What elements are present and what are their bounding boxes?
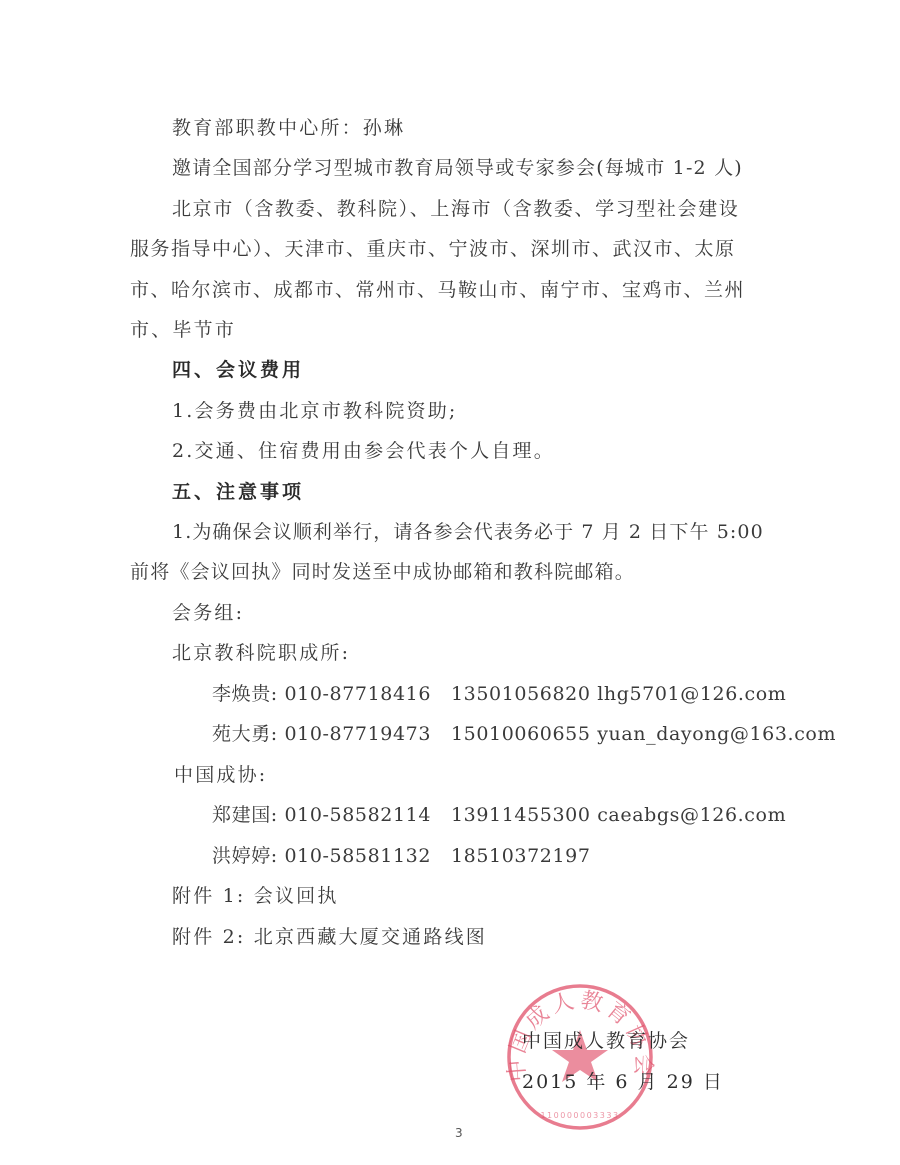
signature-org: 中国成人教育协会 xyxy=(522,1029,690,1053)
attachment-item: 附件 1: 会议回执 xyxy=(172,884,339,908)
org-label: 北京教科院职成所: xyxy=(172,641,350,665)
contact-email: yuan_dayong@163.com xyxy=(597,723,836,745)
contact-row: 郑建国: 010-58582114 13911455300 caeabgs@12… xyxy=(212,803,786,827)
list-item: 1.为确保会议顺利举行，请各参会代表务必于 7 月 2 日下午 5:00 xyxy=(172,520,764,544)
contact-mobile: 13911455300 xyxy=(451,804,591,826)
paragraph-line: 服务指导中心）、天津市、重庆市、宁波市、深圳市、武汉市、太原 xyxy=(130,237,736,261)
contact-row: 李焕贵: 010-87718416 13501056820 lhg5701@12… xyxy=(212,682,786,706)
contact-mobile: 13501056820 xyxy=(451,683,591,705)
contact-name: 郑建国: xyxy=(212,804,278,826)
official-seal-icon: 中国成人教育协会 110000003333 xyxy=(505,982,655,1132)
paragraph-line: 邀请全国部分学习型城市教育局领导或专家参会(每城市 1-2 人) xyxy=(172,156,743,180)
contact-name: 苑大勇: xyxy=(212,723,278,745)
list-item: 1.会务费由北京市教科院资助; xyxy=(172,399,458,423)
contact-phone: 010-87719473 xyxy=(284,723,431,745)
group-label: 会务组: xyxy=(172,601,244,625)
page-number: 3 xyxy=(455,1126,463,1140)
contact-row: 苑大勇: 010-87719473 15010060655 yuan_dayon… xyxy=(212,722,836,746)
signature-date: 2015 年 6 月 29 日 xyxy=(522,1070,724,1094)
paragraph-line: 前将《会议回执》同时发送至中成协邮箱和教科院邮箱。 xyxy=(130,560,635,584)
contact-phone: 010-87718416 xyxy=(284,683,431,705)
contact-email: lhg5701@126.com xyxy=(597,683,786,705)
paragraph-line: 市、毕节市 xyxy=(130,318,236,342)
contact-name: 洪婷婷: xyxy=(212,845,278,867)
org-label: 中国成协: xyxy=(174,763,267,787)
contact-name: 李焕贵: xyxy=(212,683,278,705)
paragraph-line: 市、哈尔滨市、成都市、常州市、马鞍山市、南宁市、宝鸡市、兰州 xyxy=(130,278,745,302)
paragraph-line: 北京市（含教委、教科院）、上海市（含教委、学习型社会建设 xyxy=(172,197,739,221)
document-page: 教育部职教中心所：孙琳 邀请全国部分学习型城市教育局领导或专家参会(每城市 1-… xyxy=(0,0,900,1165)
svg-text:110000003333: 110000003333 xyxy=(540,1111,619,1120)
contact-mobile: 15010060655 xyxy=(451,723,591,745)
contact-email: caeabgs@126.com xyxy=(597,804,786,826)
contact-mobile: 18510372197 xyxy=(451,845,591,867)
paragraph-line: 教育部职教中心所：孙琳 xyxy=(172,116,405,140)
contact-phone: 010-58581132 xyxy=(284,845,431,867)
list-item: 2.交通、住宿费用由参会代表个人自理。 xyxy=(172,439,555,463)
section-heading: 五、注意事项 xyxy=(172,480,304,504)
contact-row: 洪婷婷: 010-58581132 18510372197 xyxy=(212,844,591,868)
attachment-item: 附件 2: 北京西藏大厦交通路线图 xyxy=(172,925,487,949)
contact-phone: 010-58582114 xyxy=(284,804,431,826)
section-heading: 四、会议费用 xyxy=(172,358,304,382)
